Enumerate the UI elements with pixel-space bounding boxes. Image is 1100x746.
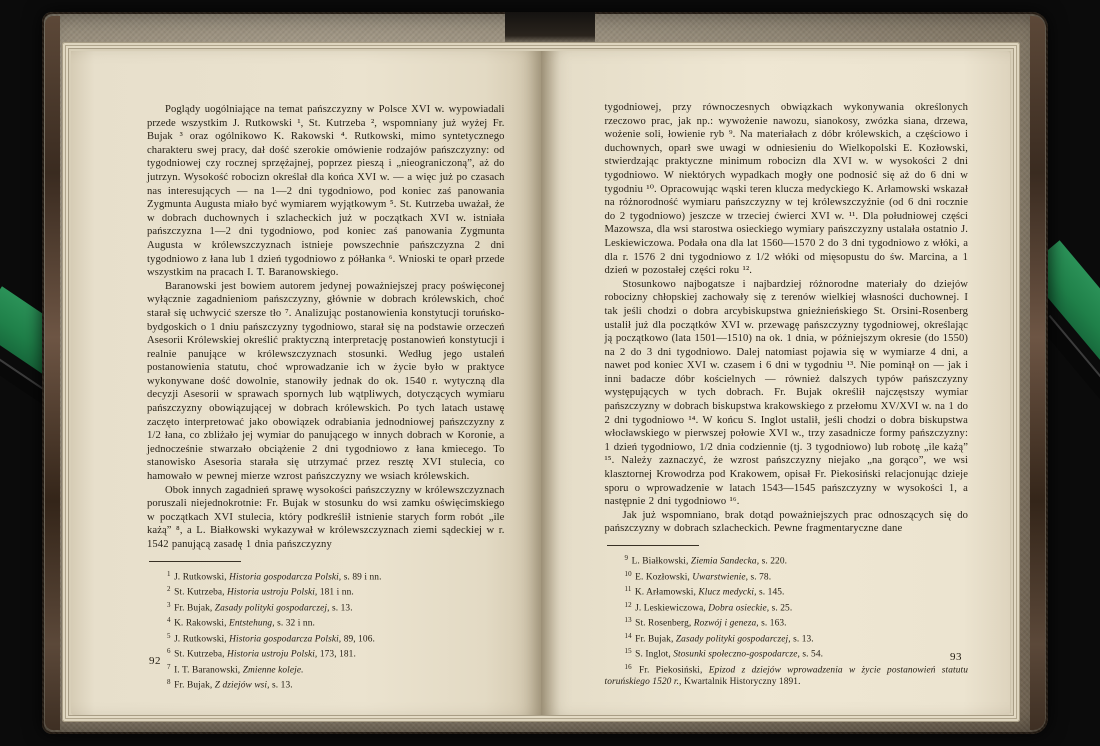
footnote-title: Zmienne koleje.: [243, 665, 304, 675]
footnote-number: 15: [625, 647, 632, 655]
cover-edge-left: [45, 16, 60, 730]
footnote-pages: s. 25.: [772, 603, 793, 613]
footnote-number: 12: [625, 601, 632, 609]
footnote-pages: s. 163.: [761, 619, 786, 629]
footnote: 10 E. Kozłowski, Uwarstwienie, s. 78.: [605, 568, 969, 584]
footnote-number: 14: [625, 632, 632, 640]
footnote: 4 K. Rakowski, Entstehung, s. 32 i nn.: [147, 614, 505, 630]
footnote-number: 7: [167, 663, 171, 671]
footnote-author: J. Leskiewiczowa,: [635, 603, 706, 613]
footnote-pages: Kwartalnik Historyczny 1891.: [684, 677, 801, 687]
footnote-pages: 173, 181.: [320, 650, 356, 660]
footnote-author: I. T. Baranowski,: [174, 665, 240, 675]
footnote: 14 Fr. Bujak, Zasady polityki gospodarcz…: [605, 630, 969, 646]
footnote: 5 J. Rutkowski, Historia gospodarcza Pol…: [147, 630, 505, 646]
open-spread: Poglądy uogólniające na temat pańszczyzn…: [71, 51, 1010, 715]
page-number: 93: [950, 651, 962, 663]
page-right: tygodniowej, przy równoczesnych obwiązka…: [541, 51, 1011, 715]
footnote-number: 5: [167, 632, 171, 640]
footnote-title: Zasady polityki gospodarczej,: [215, 603, 330, 613]
footnote: 6 St. Kutrzeba, Historia ustroju Polski,…: [147, 645, 505, 661]
page-right-text: tygodniowej, przy równoczesnych obwiązka…: [541, 51, 1011, 715]
footnote: 1 J. Rutkowski, Historia gospodarcza Pol…: [147, 568, 505, 584]
footnote-title: Historia ustroju Polski,: [227, 650, 317, 660]
footnote-number: 4: [167, 616, 171, 624]
spine-shadow: [505, 12, 596, 46]
footnote-author: St. Rosenberg,: [635, 619, 691, 629]
footnote-number: 10: [625, 570, 632, 578]
footnote-author: K. Rakowski,: [174, 619, 227, 629]
footnote: 13 St. Rosenberg, Rozwój i geneza, s. 16…: [605, 614, 969, 630]
footnote-pages: s. 89 i nn.: [344, 572, 382, 582]
footnote-title: Rozwój i geneza,: [694, 619, 759, 629]
footnote-pages: 181 i nn.: [320, 588, 354, 598]
footnote-number: 8: [167, 678, 171, 686]
footnote-pages: s. 78.: [750, 572, 771, 582]
footnote-pages: 89, 106.: [344, 634, 375, 644]
footnote-title: Historia gospodarcza Polski,: [229, 634, 341, 644]
footnote-pages: s. 13.: [332, 603, 353, 613]
footnote-pages: s. 13.: [793, 634, 814, 644]
footnote-author: L. Białkowski,: [632, 557, 689, 567]
footnote-title: Z dziejów wsi,: [215, 681, 270, 691]
footnote: 16 Fr. Piekosiński, Epizod z dziejów wpr…: [605, 661, 969, 689]
footnote-title: Historia gospodarcza Polski,: [229, 572, 341, 582]
footnote-separator: [149, 561, 241, 562]
footnote-title: Uwarstwienie,: [692, 572, 748, 582]
footnote: 3 Fr. Bujak, Zasady polityki gospodarcze…: [147, 599, 505, 615]
footnote-separator: [607, 545, 699, 546]
footnote-pages: s. 32 i nn.: [277, 619, 315, 629]
paragraph: Baranowski jest bowiem autorem jedynej p…: [147, 280, 505, 484]
book-cover: Poglądy uogólniające na temat pańszczyzn…: [42, 12, 1048, 734]
footnote-number: 16: [625, 663, 632, 671]
paragraph: Obok innych zagadnień sprawę wysokości p…: [147, 484, 505, 552]
footnote-pages: s. 13.: [272, 681, 293, 691]
footnote-number: 11: [625, 585, 632, 593]
footnote-pages: s. 54.: [802, 650, 823, 660]
page-number: 92: [149, 655, 161, 667]
footnote-author: Fr. Bujak,: [635, 634, 673, 644]
paragraph: tygodniowej, przy równoczesnych obwiązka…: [605, 101, 969, 278]
footnote: 9 L. Białkowski, Ziemia Sandecka, s. 220…: [605, 552, 969, 568]
paragraph: Poglądy uogólniające na temat pańszczyzn…: [147, 103, 505, 280]
footnote-title: Historia ustroju Polski,: [227, 588, 317, 598]
footnote: 2 St. Kutrzeba, Historia ustroju Polski,…: [147, 583, 505, 599]
footnote: 12 J. Leskiewiczowa, Dobra osieckie, s. …: [605, 599, 969, 615]
footnotes-right: 9 L. Białkowski, Ziemia Sandecka, s. 220…: [605, 552, 969, 688]
footnote-number: 2: [167, 585, 171, 593]
page-left: Poglądy uogólniające na temat pańszczyzn…: [71, 51, 541, 715]
paragraph: Jak już wspomniano, brak dotąd poważniej…: [605, 509, 969, 536]
footnote-author: E. Kozłowski,: [635, 572, 690, 582]
footnote-author: K. Arłamowski,: [635, 588, 696, 598]
footnote-title: Klucz medycki,: [698, 588, 756, 598]
footnote: 7 I. T. Baranowski, Zmienne koleje.: [147, 661, 505, 677]
cover-edge-right: [1030, 16, 1045, 730]
footnote: 11 K. Arłamowski, Klucz medycki, s. 145.: [605, 583, 969, 599]
page-edges: Poglądy uogólniające na temat pańszczyzn…: [62, 42, 1020, 722]
footnote-author: St. Kutrzeba,: [174, 650, 225, 660]
footnote-title: Dobra osieckie,: [708, 603, 769, 613]
footnote-title: Entstehung,: [229, 619, 275, 629]
footnote-author: J. Rutkowski,: [174, 634, 227, 644]
footnote: 8 Fr. Bujak, Z dziejów wsi, s. 13.: [147, 676, 505, 692]
footnote-pages: s. 145.: [759, 588, 784, 598]
footnotes-left: 1 J. Rutkowski, Historia gospodarcza Pol…: [147, 568, 505, 692]
footnote-author: J. Rutkowski,: [174, 572, 227, 582]
page-left-text: Poglądy uogólniające na temat pańszczyzn…: [71, 51, 541, 715]
photo-background: Poglądy uogólniające na temat pańszczyzn…: [0, 0, 1100, 746]
footnote-author: Fr. Piekosiński,: [639, 665, 703, 675]
footnote-number: 1: [167, 570, 171, 578]
footnote-number: 6: [167, 647, 171, 655]
footnote-title: Zasady polityki gospodarczej,: [676, 634, 791, 644]
footnote-author: S. Inglot,: [635, 650, 671, 660]
paragraph: Stosunkowo najbogatsze i najbardziej róż…: [605, 278, 969, 509]
footnote-number: 13: [625, 616, 632, 624]
footnote: 15 S. Inglot, Stosunki społeczno-gospoda…: [605, 645, 969, 661]
footnote-number: 3: [167, 601, 171, 609]
footnote-title: Stosunki społeczno-gospodarcze,: [673, 650, 800, 660]
footnote-author: Fr. Bujak,: [174, 603, 212, 613]
footnote-author: Fr. Bujak,: [174, 681, 212, 691]
footnote-number: 9: [625, 554, 629, 562]
footnote-pages: s. 220.: [762, 557, 787, 567]
footnote-title: Ziemia Sandecka,: [691, 557, 759, 567]
footnote-author: St. Kutrzeba,: [174, 588, 225, 598]
